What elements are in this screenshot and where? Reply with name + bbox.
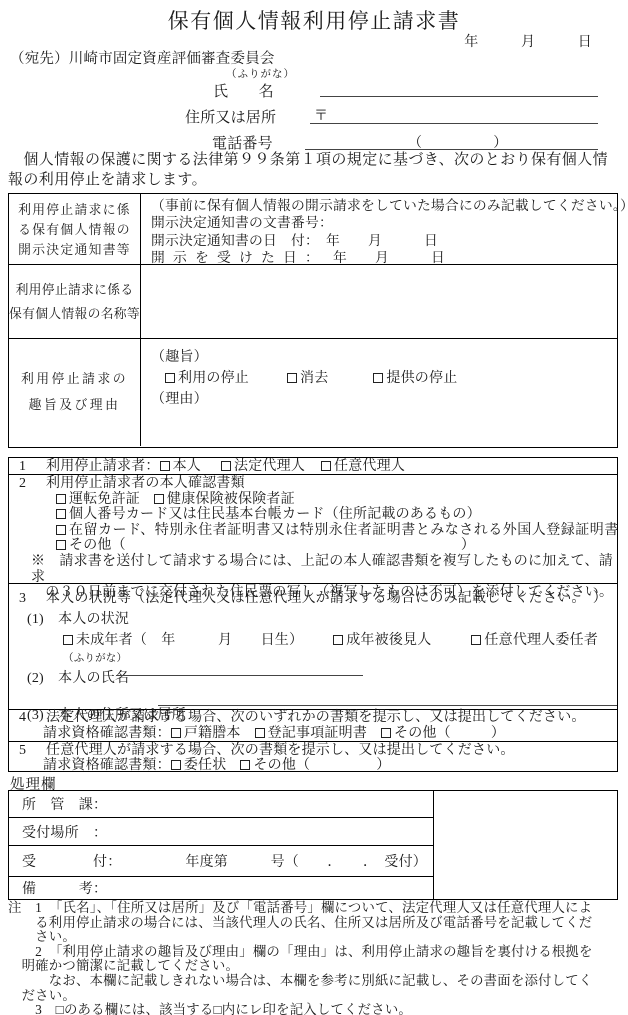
section-1-requester: 1利用停止請求者：本人法定代理人任意代理人 [9,458,617,475]
processing-row-department: 所 管 課： [9,791,433,818]
checkbox-icon [171,760,181,770]
table-row: 利用停止請求の 趣旨及び理由 （趣旨） 利用の停止消去提供の停止 （理由） [9,339,617,446]
checkbox-icon [373,373,383,383]
processing-row-reception-number: 受 付： 年度第 号（ ． ． 受付） [9,846,433,877]
reason-heading: （理由） [151,389,611,410]
legal-agent-title: 法定代理人が請求する場合、次のいずれかの書類を提示し、又は提出してください。 [46,710,586,725]
principal-name-input-line[interactable] [116,659,363,676]
processing-table: 所 管 課： 受付場所 ： 受 付： 年度第 号（ ． ． 受付） 備 考： [8,790,618,900]
table-row: 利用停止請求に係る 保有個人情報の名称等 [9,265,617,339]
checkbox-icon [321,461,331,471]
section-number: 1 [19,458,46,475]
row-label-purpose-reason: 利用停止請求の 趣旨及び理由 [9,339,141,446]
phone-field-label: 電話番号 [212,132,273,153]
precondition-note: （事前に保有個人情報の開示請求をしていた場合にのみ記載してください。） [151,197,628,214]
section-number: 5 [19,743,46,758]
checkbox-usage-stop[interactable]: 利用の停止 [165,371,249,386]
checkbox-icon [221,461,231,471]
phone-input-line[interactable] [305,132,598,150]
disclosure-notice-cell: （事前に保有個人情報の開示請求をしていた場合にのみ記載してください。） 開示決定… [141,194,628,264]
checkbox-icon [56,494,66,504]
name-field-label: 氏 名 [213,80,274,101]
other-doc-close-paren: ） [491,726,505,741]
voluntary-agent-title: 任意代理人が請求する場合、次の書類を提示し、又は提出してください。 [46,743,515,758]
checkbox-voluntary-agent[interactable]: 任意代理人 [321,459,405,474]
doc-date-ymd: 年 月 日 [312,233,438,248]
checkbox-minor[interactable]: 未成年者 [63,633,133,648]
processing-row-reception-place: 受付場所 ： [9,818,433,846]
checkbox-icon [56,540,66,550]
purpose-reason-cell: （趣旨） 利用の停止消去提供の停止 （理由） [141,339,617,446]
request-detail-table: 利用停止請求に係 る保有個人情報の 開示決定通知書等 （事前に保有個人情報の開示… [8,193,618,448]
requester-label: 利用停止請求者： [46,459,160,474]
checkbox-icon [171,728,181,738]
table-row: 利用停止請求に係 る保有個人情報の 開示決定通知書等 （事前に保有個人情報の開示… [9,194,617,265]
checkbox-other-doc-voluntary[interactable]: その他（ [240,758,310,773]
checkbox-family-register[interactable]: 戸籍謄本 [171,726,241,741]
footnotes-block: 注 1 「氏名」、「住所又は居所」及び「電話番号」欄について、法定代理人又は任意… [8,901,626,1015]
date-line: 年 月 日 [464,31,592,51]
row-label-disclosure-notice: 利用停止請求に係 る保有個人情報の 開示決定通知書等 [9,194,141,264]
section-number: 2 [19,476,46,492]
processing-left-column: 所 管 課： 受付場所 ： 受 付： 年度第 号（ ． ． 受付） 備 考： [9,791,434,899]
section-3-principal-status: 3本人の状況等（法定代理人又は任意代理人が請求する場合にのみ記載してください。 … [9,584,617,710]
checkbox-power-of-attorney[interactable]: 委任状 [171,758,227,773]
section-5-voluntary-agent-docs: 5任意代理人が請求する場合、次の書類を提示し、又は提出してください。 請求資格確… [9,742,617,771]
section-2-identity-documents: 2利用停止請求者の本人確認書類 運転免許証健康保険被保険者証 個人番号カード又は… [9,475,617,584]
checkbox-residence-card[interactable]: 在留カード、特別永住者証明書又は特別永住者証明書とみなされる外国人登録証明書 [56,523,619,538]
doc-date-label: 開示決定通知書の日 付： [151,233,312,248]
row-label-info-name: 利用停止請求に係る 保有個人情報の名称等 [9,265,141,338]
checkbox-adult-ward[interactable]: 成年被後見人 [333,633,431,648]
checkbox-erasure[interactable]: 消去 [287,371,328,386]
purpose-heading: （趣旨） [151,347,611,368]
section-number: 4 [19,710,46,726]
principal-status-sub1: (1) 本人の状況 [27,608,617,628]
checkbox-icon [240,760,250,770]
checkbox-other-doc-legal[interactable]: その他（ [381,726,451,741]
info-name-input-area[interactable] [141,265,617,338]
request-form-page: 保有個人情報利用停止請求書 年 月 日 （宛先）川崎市固定資産評価審査委員会 （… [0,0,628,1015]
principal-address-input-line[interactable] [158,689,617,706]
checkbox-health-insurance[interactable]: 健康保険被保険者証 [154,492,295,507]
processing-stamp-area[interactable] [434,791,617,899]
checkbox-icon [56,525,66,535]
identity-docs-title: 利用停止請求者の本人確認書類 [46,476,245,491]
checkbox-drivers-license[interactable]: 運転免許証 [56,492,140,507]
checkbox-icon [56,509,66,519]
disclosed-date-label: 開示を受けた日： [151,249,319,266]
other-id-close-paren: ） [461,538,475,553]
checkbox-icon [471,635,481,645]
checkbox-icon [287,373,297,383]
qualification-docs-label: 請求資格確認書類： [43,726,171,741]
checkbox-other-id[interactable]: その他（ [56,538,126,553]
name-input-line[interactable] [320,80,598,97]
section-number: 3 [19,591,46,607]
doc-number-label: 開示決定通知書の文書番号： [151,214,628,231]
address-field-label: 住所又は居所 [185,106,276,127]
addressee-line: （宛先）川崎市固定資産評価審査委員会 [10,47,275,68]
checkbox-icon [255,728,265,738]
checkbox-icon [381,728,391,738]
checkbox-self[interactable]: 本人 [160,459,201,474]
checkbox-registration-certificate[interactable]: 登記事項証明書 [255,726,367,741]
section-4-legal-agent-docs: 4法定代理人が請求する場合、次のいずれかの書類を提示し、又は提出してください。 … [9,710,617,742]
furigana-label: （ふりがな） [226,66,295,81]
checkbox-voluntary-delegator[interactable]: 任意代理人委任者 [471,633,598,648]
principal-status-title: 本人の状況等（法定代理人又は任意代理人が請求する場合にのみ記載してください。 ） [46,591,607,606]
disclosed-date-ymd: 年 月 日 [319,250,445,265]
checkbox-icon [63,635,73,645]
qualification-docs-label: 請求資格確認書類： [43,758,171,773]
checkbox-provision-stop[interactable]: 提供の停止 [373,371,457,386]
checkbox-icon [333,635,343,645]
checkbox-icon [160,461,170,471]
other-doc-close-paren: ） [376,758,390,773]
requester-info-table: 1利用停止請求者：本人法定代理人任意代理人 2利用停止請求者の本人確認書類 運転… [8,457,618,772]
checkbox-mynumber-card[interactable]: 個人番号カード又は住民基本台帳カード（住所記載のあるもの） [56,507,481,522]
checkbox-icon [154,494,164,504]
minor-birthdate-parens: （ 年 月 日生） [133,633,303,648]
address-input-line[interactable] [310,106,598,124]
processing-row-remarks: 備 考： [9,877,433,899]
checkbox-legal-agent[interactable]: 法定代理人 [221,459,305,474]
checkbox-icon [165,373,175,383]
intro-paragraph: 個人情報の保護に関する法律第９９条第１項の規定に基づき、次のとおり保有個人情 報… [8,151,624,190]
